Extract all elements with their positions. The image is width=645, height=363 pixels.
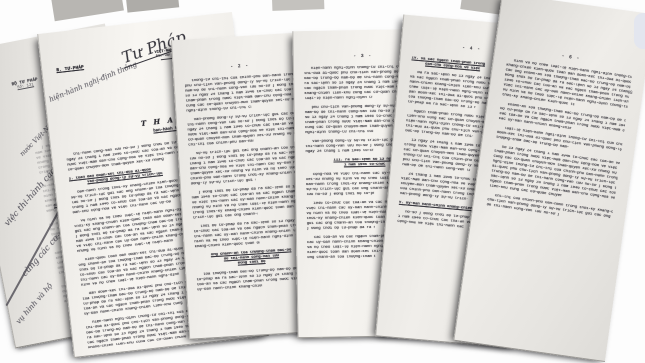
section-number: IV. <box>411 56 418 61</box>
typewritten-paragraph: thông-tư chỉ-thị của chính-phủ ban-hành … <box>184 73 298 115</box>
text-line: ông chánh-án toà thượng-thẩm bắc-bộ trun… <box>307 255 376 261</box>
back-sheet-corner <box>125 0 179 13</box>
typewritten-paragraph: ʃ Đồng thời bộ tư-pháp đã ra sắc-lệnh số… <box>191 185 305 222</box>
section-number: V. <box>399 201 404 205</box>
text-line: ʃ Đồng thời bộ tư-pháp đã ra sắc-lệnh số… <box>307 226 376 232</box>
ministry-stamp: BỘ TƯ PHÁP Số: 131 <box>11 77 39 91</box>
section-number: I. <box>69 177 74 181</box>
section-number: III. <box>333 158 342 162</box>
page-number: - 2 - <box>174 60 306 73</box>
text-line: lưu hồ-sơ ʃ Đồng thời bộ tư-pháp đã ra s… <box>306 192 375 198</box>
text-line: nghị-định thông-tư chỉ-thị của chính-phủ… <box>305 130 374 136</box>
typewritten-column: hình và hộ theo luật-lệ hiện-hành nghị-đ… <box>486 58 632 224</box>
typewritten-paragraph: sự-vụ trích-lục gửi các ông chánh-án toà… <box>189 146 303 188</box>
back-sheet-corner <box>272 0 325 11</box>
ui-panel-corner <box>634 13 645 49</box>
text-line: ngày 24 tháng 1 năm 1946 tổ-chức các toà… <box>305 149 374 155</box>
typewritten-paragraph: thời bộ tư-pháp đã ra sắc-lệnh số 13 ngà… <box>193 218 306 250</box>
typewritten-column: thông-tư chỉ-thị của chính-phủ ban-hành … <box>184 73 311 331</box>
back-sheet-corner <box>50 0 124 21</box>
section-heading-text: ra sắc-lệnh số 13 ngày <box>345 157 396 162</box>
office-header-label: B. TƯ-PHÁP <box>56 65 84 73</box>
document-photo: BỘ TƯ PHÁP Số: 131 tháng 1 tổ-chức các c… <box>0 0 645 363</box>
text-line: luật-lệ hiện-hành nghị-định thông-tư chỉ… <box>304 96 373 102</box>
typewritten-paragraph: văn-phòng đổng-lý sự-vụ trích-lục gửi cá… <box>187 112 301 149</box>
section-heading: ông chánh-án toà thượng-thẩm bắc-bộ để t… <box>195 247 308 269</box>
typewritten-paragraph: toà thượng-thẩm bắc-bộ trung-bộ nam-bộ đ… <box>196 266 309 293</box>
